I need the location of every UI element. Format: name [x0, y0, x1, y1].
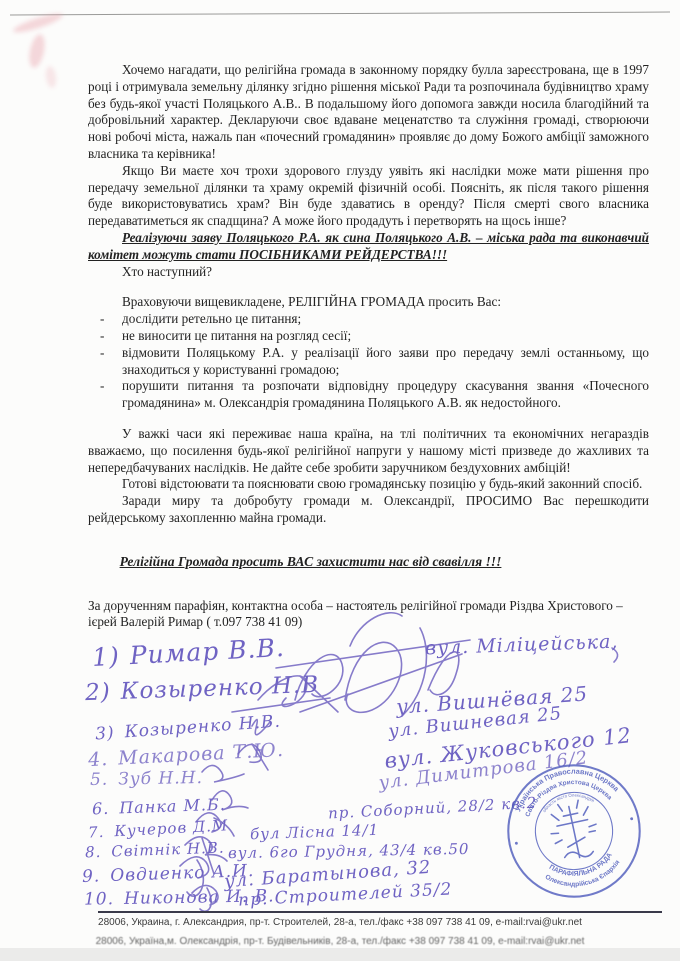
- scan-edge-line: [10, 12, 670, 16]
- dash-marker: -: [100, 328, 122, 345]
- signature-address: вул. Міліцейська,: [425, 631, 619, 660]
- paragraph-raiding-warning: Реалізуючи заяву Поляцького Р.А. як сина…: [88, 230, 649, 264]
- list-item: - відмовити Поляцькому Р.А. у реалізації…: [100, 345, 649, 379]
- signature-name: Панка М.Б.: [119, 795, 226, 818]
- signature-row-1: 1)Римар В.В.: [91, 633, 285, 672]
- list-item-text: відмовити Поляцькому Р.А. у реалізації й…: [122, 345, 649, 379]
- signature-number: 7.: [88, 823, 105, 842]
- signature-name: Світнік Н.В.: [111, 839, 225, 861]
- signature-number: 8.: [85, 843, 102, 862]
- stamp-dot: [630, 817, 633, 820]
- signature-row-7: 7.Кучеров Д.М: [88, 816, 229, 841]
- footer-address-ru: 28006, Украина, г. Александрия, пр-т. Ст…: [0, 917, 680, 928]
- list-item-text: порушити питання та розпочати відповідну…: [122, 378, 649, 412]
- signature-number: 3): [95, 723, 116, 744]
- letter-body: Хочемо нагадати, що релігійна громада в …: [88, 62, 649, 631]
- list-item: - порушити питання та розпочати відповід…: [100, 378, 649, 412]
- signature-row-5: 5.Зуб Н.Н.: [90, 768, 203, 790]
- footer-rule: [98, 911, 662, 913]
- signature-number: 5.: [90, 770, 109, 790]
- footer-address-ua: 28006, Україна,м. Олександрія, пр-т. Буд…: [0, 936, 680, 947]
- paragraph-hard-times: У важкі часи які переживає наша країна, …: [88, 426, 649, 476]
- bottom-scan-strip: [0, 948, 680, 961]
- orthodox-cross-icon: [545, 798, 602, 863]
- signature-name: Козыренко Н.В: [120, 672, 319, 705]
- signature-address: вул. 6го Грудня, 43/4 кв.50: [228, 840, 470, 862]
- list-item-text: не виносити це питання на розгляд сесії;: [122, 328, 649, 345]
- protect-us-slogan: Релігійна Громада просить ВАС захистити …: [30, 554, 591, 571]
- paragraph-remind: Хочемо нагадати, що релігійна громада в …: [88, 62, 649, 163]
- signature-number: 6.: [92, 799, 110, 819]
- signature-name: Козыренко Н.В.: [124, 712, 282, 743]
- contact-line-1: За дорученням парафіян, контактна особа …: [88, 598, 649, 615]
- dash-marker: -: [100, 311, 122, 328]
- church-seal-stamp: Українська Православна Церква Свято-Різд…: [487, 744, 660, 917]
- signature-address: бул Лісна 14/1: [250, 821, 380, 843]
- stamp-dot: [515, 842, 518, 845]
- signature-number: 1): [91, 642, 120, 672]
- signature-number: 10.: [84, 889, 114, 910]
- pink-smudge: [27, 33, 48, 69]
- paragraph-request-intro: Враховуючи вищевикладене, РЕЛІГІЙНА ГРОМ…: [88, 294, 649, 311]
- contact-line-2: ієрей Валерій Римар ( т.097 738 41 09): [88, 614, 649, 631]
- paragraph-ready-to-defend: Готові відстоювати та пояснювати свою гр…: [88, 476, 649, 493]
- paragraph-consequences: Якщо Ви маєте хоч трохи здорового глузду…: [88, 163, 649, 230]
- signature-row-2: 2)Козыренко Н.В: [85, 672, 320, 706]
- pink-smudge: [45, 65, 58, 88]
- signature-name: Римар В.В.: [129, 633, 285, 670]
- request-list: - дослідити ретельно це питання; - не ви…: [100, 311, 649, 412]
- list-item-text: дослідити ретельно це питання;: [122, 311, 649, 328]
- scanned-letter-page: Хочемо нагадати, що релігійна громада в …: [0, 0, 680, 961]
- list-item: - дослідити ретельно це питання;: [100, 311, 649, 328]
- dash-marker: -: [100, 378, 122, 412]
- dash-marker: -: [100, 345, 122, 379]
- signature-name: Зуб Н.Н.: [118, 768, 203, 789]
- signature-number: 2): [85, 679, 112, 706]
- paragraph-who-next: Хто наступний?: [88, 264, 649, 281]
- signature-row-6: 6.Панка М.Б.: [92, 795, 226, 819]
- paragraph-for-peace: Заради миру та добробуту громади м. Олек…: [88, 493, 649, 527]
- signature-number: 4.: [88, 748, 109, 771]
- signature-row-8: 8.Світнік Н.В.: [85, 839, 225, 862]
- signature-name: Кучеров Д.М: [114, 816, 229, 840]
- signature-number: 9.: [82, 866, 101, 887]
- signature-row-4: 4.Макарова Т.Ю.: [88, 739, 285, 771]
- list-item: - не виносити це питання на розгляд сесі…: [100, 328, 649, 345]
- signature-name: Макарова Т.Ю.: [118, 739, 285, 770]
